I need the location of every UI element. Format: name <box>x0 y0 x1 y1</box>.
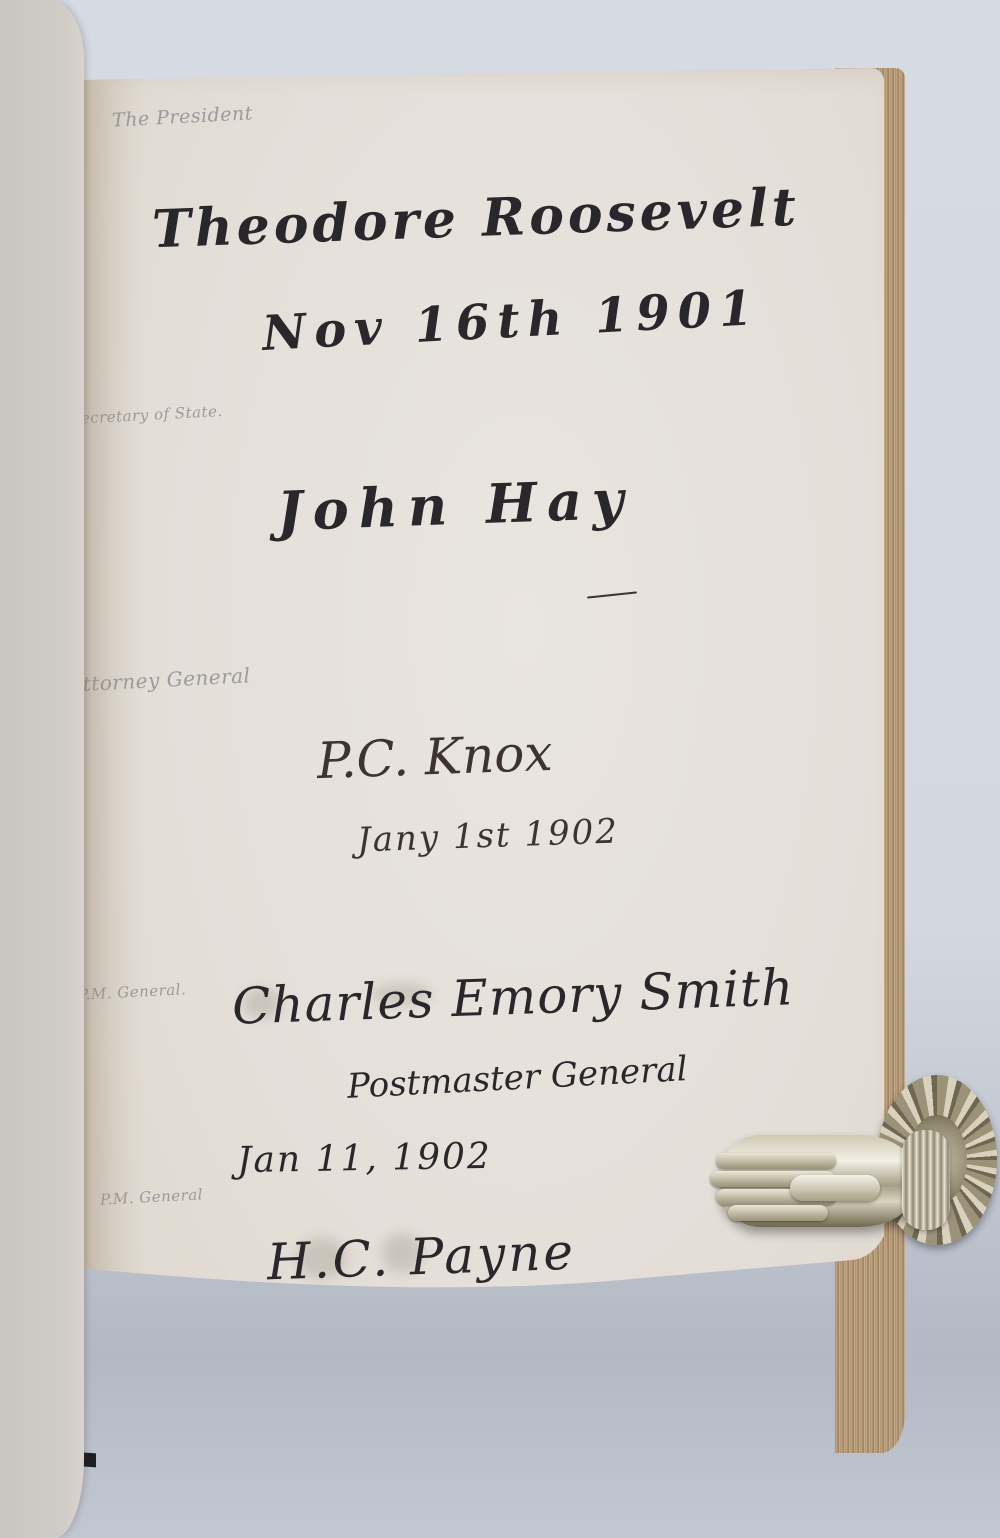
pencil-label-pm-general-1: P.M. General. <box>78 980 187 1004</box>
signature-roosevelt: Theodore Roosevelt <box>151 177 801 261</box>
date-payne: Feb 2d 1902 <box>272 1316 522 1361</box>
pencil-label-secretary-of-state: Secretary of State. <box>70 402 223 428</box>
photo-scene: The President Theodore Roosevelt Nov 16t… <box>0 0 1000 1538</box>
ink-smudge <box>242 988 282 1018</box>
silver-hand <box>720 1135 920 1227</box>
silver-hand-clip-icon <box>712 1075 1000 1275</box>
signature-payne: H.C. Payne <box>266 1223 577 1292</box>
ink-smudge <box>382 1233 422 1273</box>
pencil-label-attorney-general: Attorney General <box>67 663 251 697</box>
hay-flourish <box>587 591 637 598</box>
ink-smudge <box>372 983 432 1005</box>
pencil-label-president: The President <box>112 102 254 131</box>
date-roosevelt: Nov 16th 1901 <box>261 280 762 362</box>
title-postmaster-general: Postmaster General <box>346 1049 688 1107</box>
payne-date-underline <box>442 1348 552 1359</box>
left-page-curl <box>0 0 84 1538</box>
date-smith: Jan 11, 1902 <box>237 1136 493 1181</box>
date-knox: Jany 1st 1902 <box>356 811 619 860</box>
ink-smudge <box>297 1238 347 1278</box>
signature-smith: Charles Emory Smith <box>231 958 795 1036</box>
signature-knox: P.C. Knox <box>316 724 553 790</box>
lace-cuff <box>902 1130 950 1230</box>
signature-hay: John Hay <box>276 467 634 543</box>
pencil-label-pm-general-2: P.M. General <box>100 1185 204 1208</box>
